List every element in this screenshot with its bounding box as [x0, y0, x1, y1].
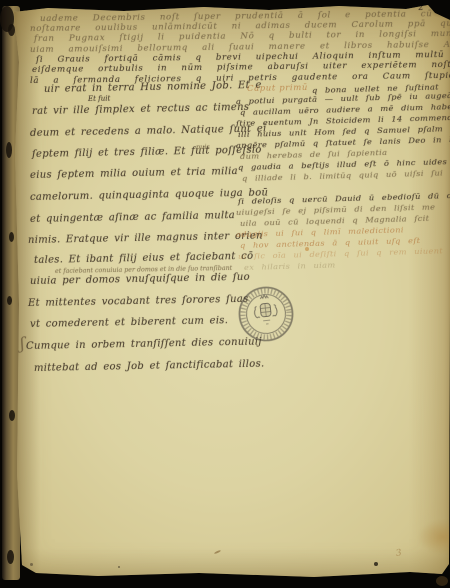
interlinear-note: puis: [196, 143, 210, 151]
binding-mark: [6, 142, 12, 158]
interlinear-note: Et fuit: [88, 95, 110, 103]
stamp-base: [263, 320, 270, 324]
margin-annotation-line: ex hilaris in uiam: [244, 260, 336, 272]
scripture-line: mittebat ad eos Job et ſanctificabat ill…: [34, 359, 265, 374]
stamp-lion-right: [272, 305, 278, 317]
scripture-line: ſeptem filij et tres filiæ. Et fuit poſſ…: [32, 145, 262, 160]
binding-mark: [8, 24, 15, 36]
stamp-lion-left: [254, 306, 260, 318]
scripture-line: et quingentæ aſinæ ac familia multa: [30, 210, 235, 225]
scripture-line: Et mittentes vocabant tres ſorores ſuas: [28, 294, 249, 309]
scripture-line: tales. Et ibant filij eius et faciebant …: [34, 251, 254, 266]
marginal-flourish: ʃ: [19, 334, 25, 353]
scripture-line: Cumque in orbem tranſiſſent dies conuiui…: [26, 336, 262, 352]
manuscript-photo: uademe Decembris noſt ſuper prudentiā ā …: [0, 0, 450, 588]
ink-speck: [305, 247, 309, 251]
paper-stain: [418, 520, 450, 554]
ink-speck: [118, 566, 120, 568]
book-gutter-edge: [2, 6, 20, 580]
ink-speck: [374, 562, 378, 566]
corner-smudge: [436, 576, 448, 586]
manuscript-page: uademe Decembris noſt ſuper prudentiā ā …: [14, 4, 450, 580]
scripture-line: nimis. Eratque vir ille magnus inter ori…: [28, 230, 263, 246]
scripture-line: camelorum. quinquaginta quoque iuga boū: [30, 187, 268, 203]
paper-shading: [14, 548, 450, 580]
folio-mark: 3: [395, 548, 402, 559]
binding-mark: [9, 410, 15, 421]
library-stamp: [233, 281, 299, 347]
chapter-rubric: Caput primū: [247, 83, 308, 94]
scripture-line: deum et recedens a malo. Natique ſunt ei: [30, 123, 267, 139]
binding-mark: [7, 296, 12, 305]
scripture-line: vt comederent et biberent cum eis.: [30, 315, 228, 330]
page-number: 2: [418, 3, 423, 12]
scripture-line: eius ſeptem milia ouium et tria milia: [30, 166, 238, 181]
ink-speck: [30, 563, 33, 566]
ink-speck: [214, 550, 221, 555]
scripture-line: rat vir ille ſimplex et rectus ac timens: [32, 102, 249, 117]
binding-mark: [9, 232, 14, 242]
binding-mark: [7, 550, 14, 564]
